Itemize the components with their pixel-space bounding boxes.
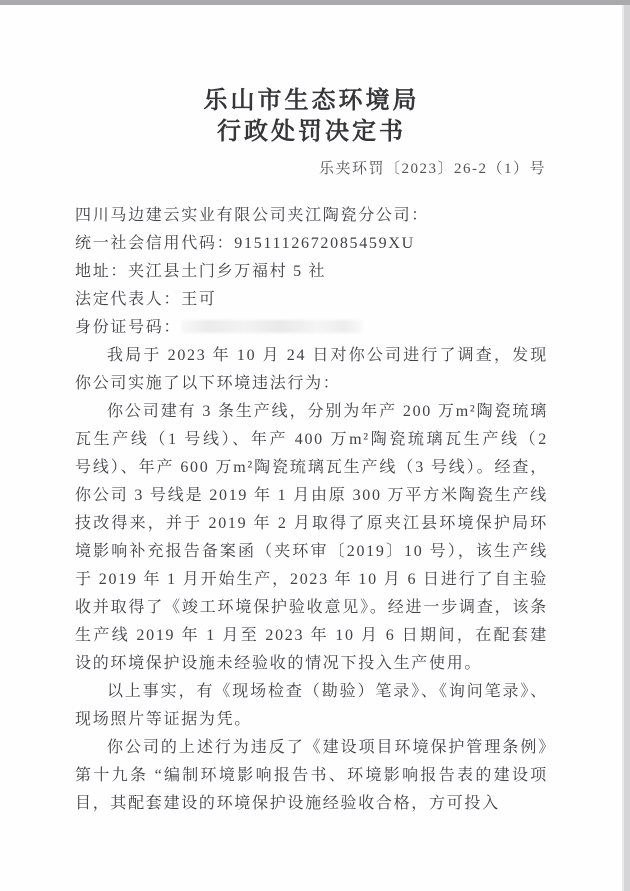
document-number: 乐夹环罚〔2023〕26-2（1）号 (75, 157, 548, 178)
document-type-title: 行政处罚决定书 (75, 117, 548, 148)
legal-rep-line: 法定代表人：王可 (75, 286, 548, 314)
address-line: 地址：夹江县土门乡万福村 5 社 (75, 258, 548, 286)
scan-edge-right (624, 5, 630, 891)
redacted-id-number (181, 320, 363, 333)
id-number-label: 身份证号码： (75, 319, 181, 336)
id-number-line: 身份证号码： (75, 314, 548, 342)
body-paragraph-evidence: 以上事实，有《现场检查（勘验）笔录》、《询问笔录》、现场照片等证据为凭。 (75, 678, 548, 734)
issuing-authority-title: 乐山市生态环境局 (75, 86, 548, 117)
document-body: 四川马边建云实业有限公司夹江陶瓷分公司： 统一社会信用代码：9151112672… (75, 202, 548, 818)
credit-code-line: 统一社会信用代码：9151112672085459XU (75, 230, 548, 258)
scan-edge-top (0, 0, 630, 5)
body-paragraph-violation: 你公司的上述行为违反了《建设项目环境保护管理条例》第十九条 “编制环境影响报告书… (75, 734, 548, 818)
body-paragraph-investigation: 我局于 2023 年 10 月 24 日对你公司进行了调查，发现你公司实施了以下… (75, 342, 548, 398)
recipient-company-line: 四川马边建云实业有限公司夹江陶瓷分公司： (75, 202, 548, 230)
body-paragraph-findings: 你公司建有 3 条生产线，分别为年产 200 万m²陶瓷琉璃瓦生产线（1 号线）… (75, 398, 548, 678)
scanned-document-page: 乐山市生态环境局 行政处罚决定书 乐夹环罚〔2023〕26-2（1）号 四川马边… (0, 0, 630, 891)
document-content: 乐山市生态环境局 行政处罚决定书 乐夹环罚〔2023〕26-2（1）号 四川马边… (75, 86, 548, 818)
